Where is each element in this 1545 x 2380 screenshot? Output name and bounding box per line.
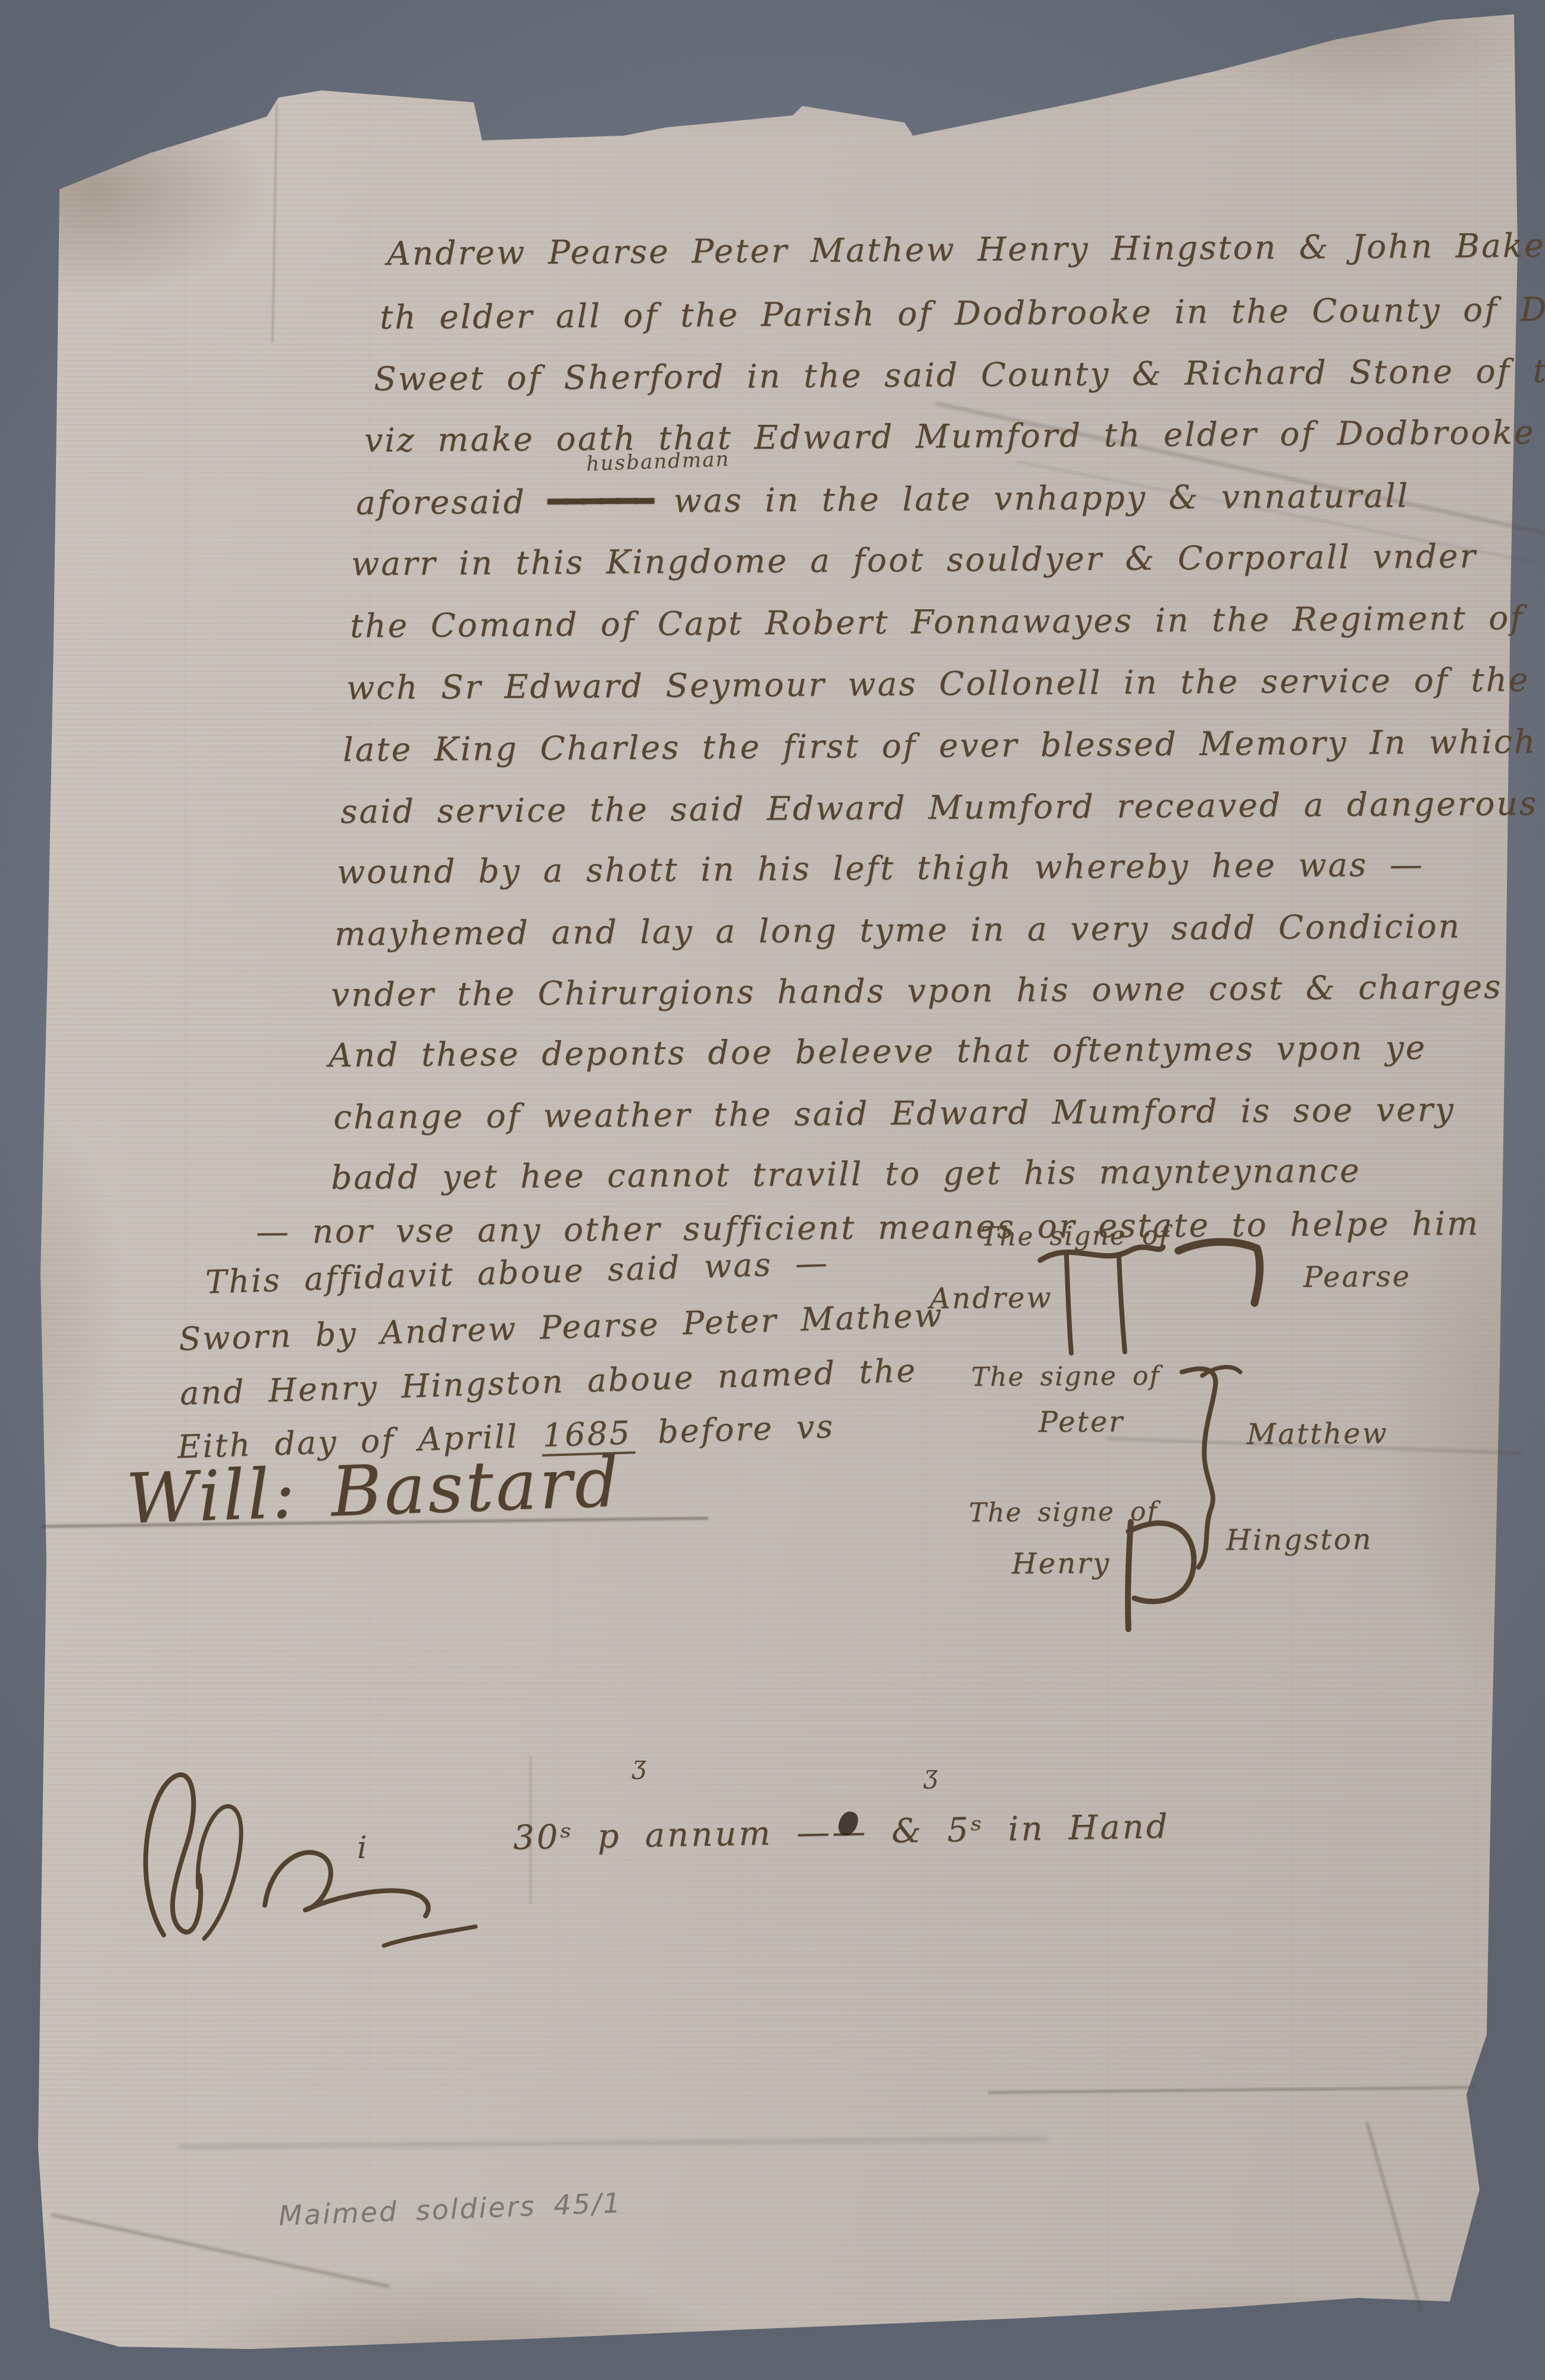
manuscript-line: warr in this Kingdome a foot souldyer & … xyxy=(351,540,1477,580)
illegible-flourish-signature xyxy=(128,1709,497,1965)
attestation-date-suffix: before vs xyxy=(657,1408,835,1451)
sign-first-pearse: Andrew xyxy=(930,1283,1053,1313)
hingston-mark xyxy=(1111,1507,1212,1637)
manuscript-line: said service the said Edward Mumford rec… xyxy=(340,787,1538,828)
manuscript-line: mayhemed and lay a long tyme in a very s… xyxy=(334,910,1462,950)
sign-first-matthew: Peter xyxy=(1039,1407,1125,1436)
manuscript-line: late King Charles the first of ever bles… xyxy=(343,725,1537,766)
money-tick: i xyxy=(357,1830,367,1866)
manuscript-line: badd yet hee cannot travill to get his m… xyxy=(331,1154,1361,1194)
sign-label-matthew: The signe of xyxy=(971,1363,1161,1391)
manuscript-line: — nor vse any other sufficient meanes or… xyxy=(256,1207,1480,1248)
pearse-mark xyxy=(1036,1229,1291,1366)
manuscript-line: And these deponts doe beleeve that often… xyxy=(329,1032,1427,1072)
manuscript-line: vnder the Chirurgions hands vpon his own… xyxy=(331,970,1503,1011)
manuscript-line: Sweet of Sherford in the said County & R… xyxy=(374,353,1545,396)
interlinear-insertion: husbandman xyxy=(586,447,730,476)
manuscript-line: change of weather the said Edward Mumfor… xyxy=(333,1093,1455,1133)
line5-before: aforesaid xyxy=(356,483,526,522)
manuscript-line: th elder all of the Parish of Dodbrooke … xyxy=(380,292,1545,334)
manuscript-line-with-correction: aforesaid ━━━━━━ was in the late vnhappy… xyxy=(356,480,1410,519)
sign-last-hingston: Hingston xyxy=(1226,1525,1373,1555)
manuscript-line: wch Sr Edward Seymour was Collonell in t… xyxy=(346,663,1530,704)
line5-after: was in the late vnhappy & vnnaturall xyxy=(673,477,1409,520)
manuscript-line: Andrew Pearse Peter Mathew Henry Hingsto… xyxy=(387,229,1545,270)
manuscript-line: wound by a shott in his left thigh where… xyxy=(337,848,1424,889)
manuscript-photograph: Andrew Pearse Peter Mathew Henry Hingsto… xyxy=(0,0,1545,2380)
sign-last-matthew: Matthew xyxy=(1247,1419,1388,1449)
manuscript-line: the Comand of Capt Robert Fonnawayes in … xyxy=(350,602,1524,643)
manuscript-line: viz make oath that Edward Mumford th eld… xyxy=(364,416,1535,457)
sign-first-hingston: Henry xyxy=(1012,1549,1111,1578)
money-superscript-mark: ʒ xyxy=(632,1750,646,1780)
sign-last-pearse: Pearse xyxy=(1303,1262,1411,1291)
money-superscript-mark: ʒ xyxy=(924,1760,938,1789)
magistrate-signature-will-bastard: Will: Bastard xyxy=(125,1448,622,1535)
struck-out-word: ━━━━━━ xyxy=(548,482,652,521)
